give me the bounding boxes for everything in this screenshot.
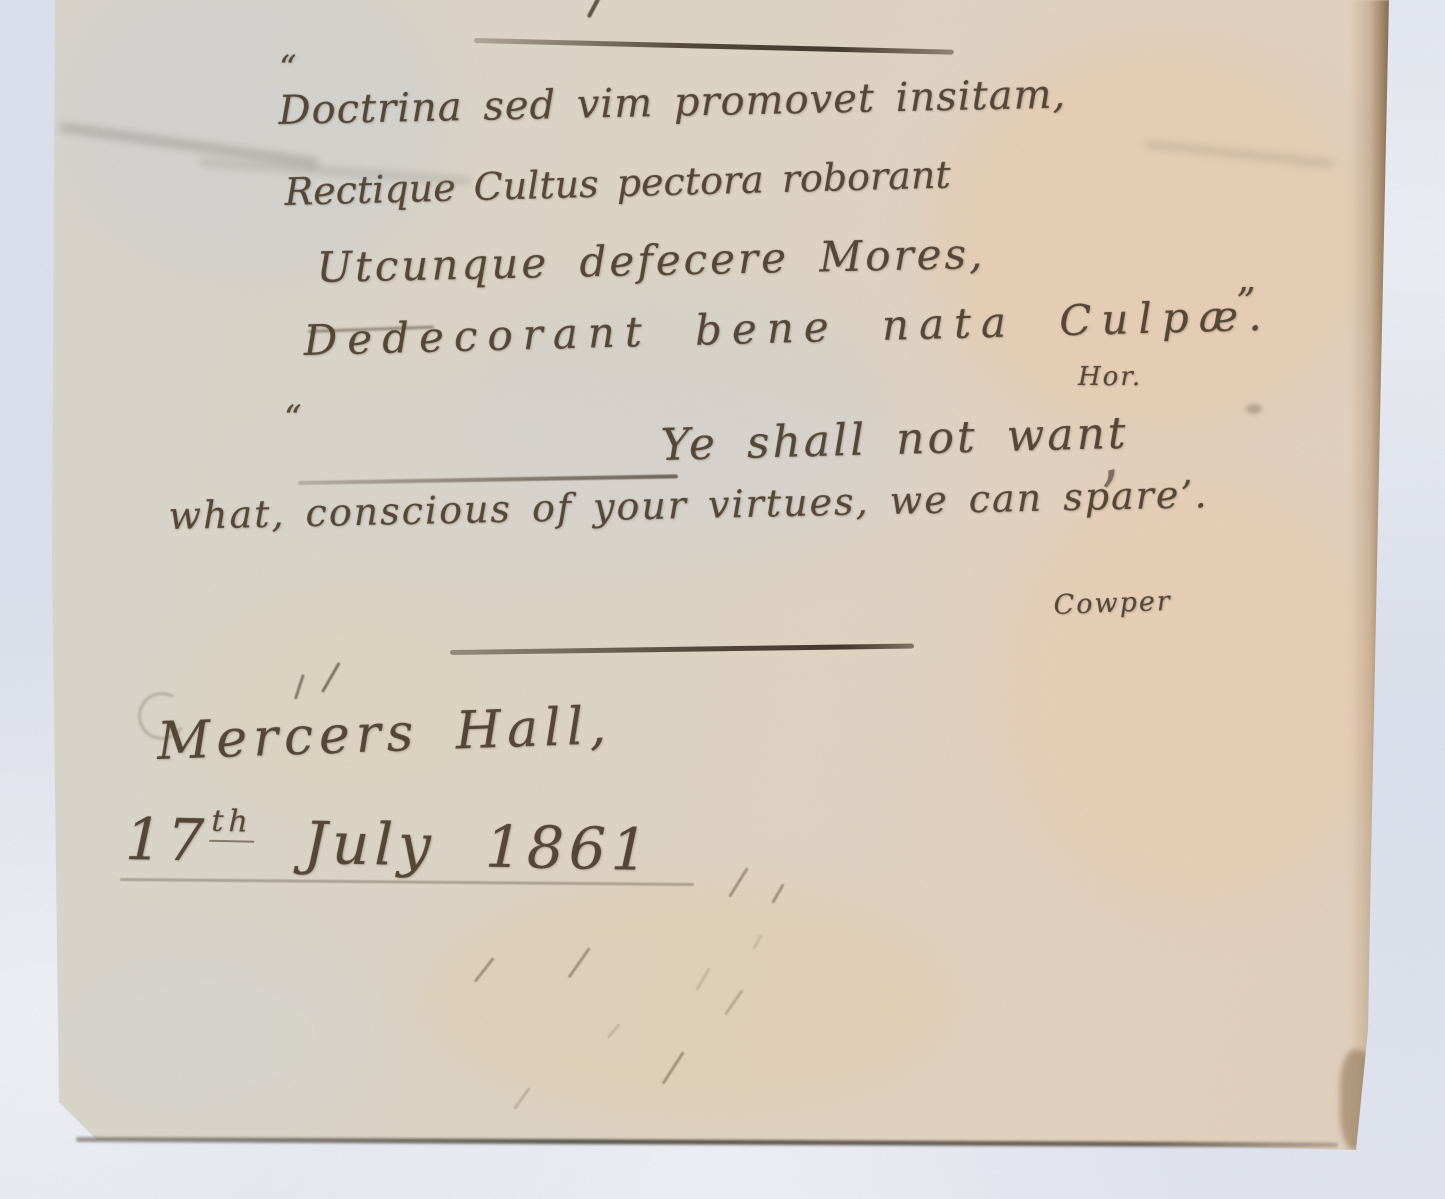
latin-attribution: Hor. <box>1078 362 1142 392</box>
english-attribution: Cowper <box>1053 586 1172 621</box>
ink-speck <box>1246 404 1262 414</box>
english-open-quote: “ <box>284 398 301 438</box>
date-ordinal: th <box>209 804 255 843</box>
scanned-document-photo: “ Doctrina sed vim promovet insitam, Rec… <box>0 0 1445 1199</box>
date-line: 17th July 1861 <box>125 802 654 884</box>
paper-stain <box>420 880 960 1120</box>
paper-stain <box>990 470 1390 910</box>
date-day: 17 <box>125 805 210 875</box>
latin-close-quote: ” <box>1236 280 1255 324</box>
date-month-year: July 1861 <box>303 809 653 884</box>
paper-stain <box>50 930 370 1140</box>
torn-right-edge <box>1350 0 1390 1199</box>
bottom-right-corner-fold <box>1340 1050 1374 1150</box>
latin-open-quote: “ <box>279 48 296 88</box>
